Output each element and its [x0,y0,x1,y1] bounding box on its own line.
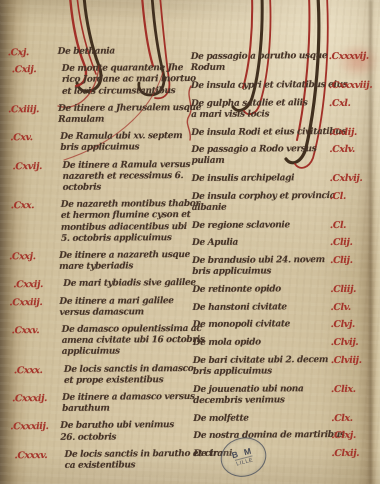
chapter-title: De Ramula ubi xv. septembris applicuimus [60,131,189,154]
toc-entry: .Cxxj. De itinere a nazareth usquemare t… [8,250,190,274]
chapter-number: .Cxl. [326,97,373,109]
chapter-title: De nostra domina de martiribus [193,430,328,442]
toc-entry: .Cxv. De Ramula ubi xv. septembris appli… [7,131,189,155]
chapter-title: De hanstoni civitate [192,302,327,314]
toc-entry: De jouuenatio ubi nonadecembris venimus … [193,383,375,407]
chapter-number: .Cliij. [327,284,374,296]
chapter-number: .Clij. [327,237,374,249]
toc-entry: .Cxvij. De itinere a Ramula versusnazare… [7,160,189,195]
toc-entry: .Cxx. De nazareth montibus thaboret herm… [8,199,190,245]
chapter-number: .Cxvij. [7,161,62,173]
chapter-number: .Cxxij. [8,279,63,291]
manuscript-page: .Cxj. De bethania .Cxij. De monte quaran… [0,0,380,484]
chapter-number: .Cxxxv. [9,450,64,462]
chapter-title: De insula cypri et civitatibus eius [191,80,326,92]
chapter-title: De locis sanctis in barutho et circa exi… [64,449,191,472]
toc-entry: De mola opido .Clvij. [193,337,375,349]
chapter-number: .Cxxiij. [8,297,59,309]
chapter-number: .Cxxxiij. [9,421,60,433]
toc-entry: De insula corphoy et provinciaalbanie .C… [192,191,374,215]
chapter-title: De monopoli civitate [193,319,328,331]
chapter-number: .Cxxxij. [9,393,62,405]
toc-entry: De regione sclavonie .Cl. [192,219,374,231]
toc-entry: De insulis archipelagi .Cxlvij. [192,173,374,185]
chapter-title: De damasco opulentissima acamena civitat… [62,324,191,359]
chapter-title: De itinere a Jherusalem usqueRamulam [58,103,189,126]
chapter-number: .Clxj. [328,430,375,442]
chapter-number: .Clxij. [328,448,375,460]
chapter-title: De gulpha satalie et aliisa mari visis l… [191,98,326,121]
chapter-number: .Cxv. [7,132,60,144]
toc-entry: De passagio a barutho usqueRodum .Cxxxvi… [191,51,373,75]
toc-entry: .Cxxij. De mari tybiadis sive galilee [8,278,190,290]
toc-column-left: .Cxj. De bethania .Cxij. De monte quaran… [7,46,192,479]
chapter-number: .Cxxx. [9,365,64,377]
chapter-title: De molfette [193,413,328,425]
chapter-title: De mola opido [193,337,328,349]
chapter-number: .Cxiiij. [7,104,58,116]
chapter-title: De itinere a Ramula versusnazareth et re… [62,160,189,194]
toc-entry: De passagio a Rodo versuspuliam .Cxlv. [191,144,373,168]
chapter-number: .Cxxxvij. [326,51,373,63]
chapter-number: .Cxj. [7,47,58,59]
toc-entry: .Cxxv. De damasco opulentissima acamena … [9,324,191,359]
toc-entry: De gulpha satalie et aliisa mari visis l… [191,97,373,121]
chapter-number: .Clix. [328,383,375,395]
chapter-number: .Clvij. [328,337,375,349]
chapter-title: De retinonte opido [192,284,327,296]
chapter-title: De itinere a damasco versusbaruthum [62,392,191,415]
chapter-number: .Cxxv. [9,325,62,337]
toc-entry: .Cxxiij. De itinere a mari galileeversus… [8,296,190,320]
chapter-title: De passagio a barutho usqueRodum [191,51,326,74]
chapter-title: De Apulia [192,237,327,249]
chapter-number: .Cxlv. [326,144,373,156]
toc-entry: .Cxxxij. De itinere a damasco versusbaru… [9,392,191,416]
chapter-number: .Clij. [327,255,374,267]
chapter-number: .Cl. [327,191,374,203]
chapter-number: .Cxxxviij. [326,80,373,92]
chapter-number: .Cl. [327,219,374,231]
toc-entry: .Cxj. De bethania [7,46,189,58]
toc-entry: .Cxiiij. De itinere a Jherusalem usqueRa… [7,103,189,127]
toc-entry: .Cxxxv. De locis sanctis in barutho et c… [9,449,191,473]
toc-entry: De insula cypri et civitatibus eius .Cxx… [191,80,373,92]
toc-entry: .Cxij. De monte quarantene Jherico Jorda… [7,63,189,98]
chapter-title: De bari civitate ubi 2. decembris applic… [193,355,328,378]
toc-column-right: De passagio a barutho usqueRodum .Cxxxvi… [191,51,376,467]
toc-entry: De nostra domina de martiribus .Clxj. [193,430,375,442]
chapter-title: De jouuenatio ubi nonadecembris venimus [193,384,328,407]
chapter-title: De bethania [58,46,189,58]
chapter-number: .Cxlvij. [327,173,374,185]
toc-entry: De bari civitate ubi 2. decembris applic… [193,355,375,379]
chapter-number: .Clvj. [328,319,375,331]
chapter-title: De barutho ubi venimus26. octobris [60,420,191,443]
chapter-title: De insula Rodi et eius civitatibus [191,127,326,139]
chapter-number: .Cxij. [7,64,62,76]
chapter-title: De itinere a nazareth usquemare tyberiad… [59,250,190,273]
toc-entry: De brandusio ubi 24. novembris applicuim… [192,255,374,279]
chapter-number: .Clviij. [328,355,375,367]
chapter-title: De brandusio ubi 24. novembris applicuim… [192,255,327,278]
toc-entry: De insula Rodi et eius civitatibus .Cxli… [191,126,373,138]
toc-entry: De retinonte opido .Cliij. [192,284,374,296]
chapter-title: De insula corphoy et provinciaalbanie [192,191,327,214]
chapter-number: .Cxxj. [8,251,59,263]
chapter-title: De regione sclavonie [192,220,327,232]
toc-entry: .Cxxxiij. De barutho ubi venimus26. octo… [9,420,191,444]
table-of-contents: .Cxj. De bethania .Cxij. De monte quaran… [0,0,380,484]
toc-entry: De molfette .Clx. [193,412,375,424]
chapter-title: De itinere a mari galileeversus damascum [59,296,190,319]
chapter-title: De insulis archipelagi [192,173,327,185]
chapter-title: De nazareth montibus thaboret hermon flu… [61,199,190,245]
chapter-title: De monte quarantene Jherico Jordane ac m… [62,63,189,97]
chapter-number: .Cxlij. [326,126,373,138]
chapter-number: .Cxx. [8,200,61,212]
chapter-number: .Clx. [328,412,375,424]
chapter-number: .Clv. [327,301,374,313]
chapter-title: De passagio a Rodo versuspuliam [191,144,326,167]
toc-entry: De Apulia .Clij. [192,237,374,249]
chapter-title: De locis sanctis in damascoet prope exis… [64,364,191,387]
toc-entry: De hanstoni civitate .Clv. [192,301,374,313]
toc-entry: .Cxxx. De locis sanctis in damascoet pro… [9,364,191,388]
toc-entry: De monopoli civitate .Clvj. [193,319,375,331]
chapter-title: De mari tybiadis sive galilee [63,278,190,290]
